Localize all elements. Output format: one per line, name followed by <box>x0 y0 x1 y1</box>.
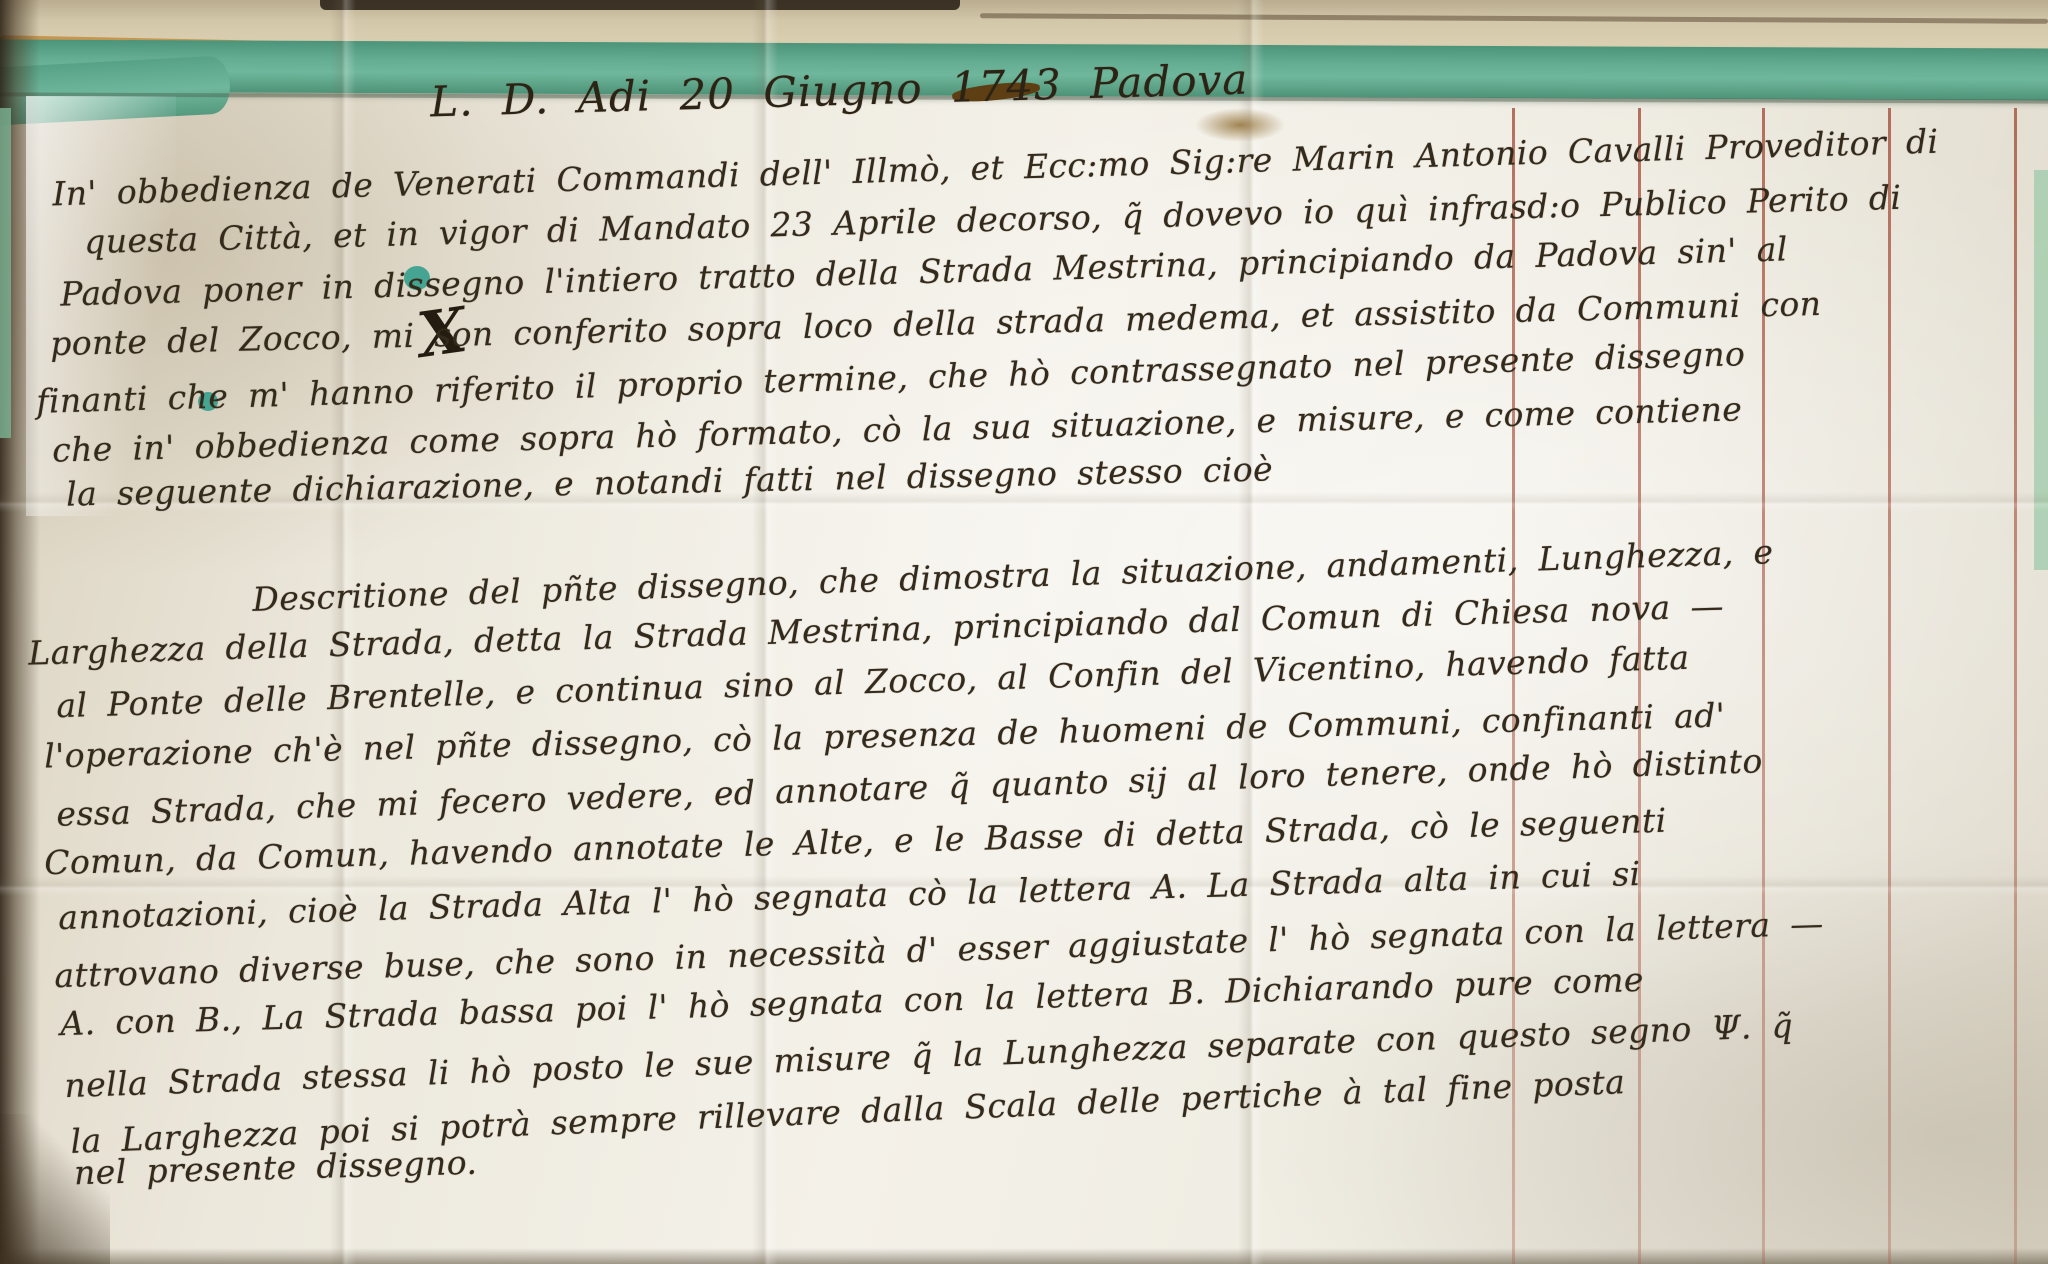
ruled-red-line <box>1888 108 1891 1264</box>
left-green-strip <box>0 108 11 438</box>
ruled-red-line <box>1638 108 1641 1264</box>
brown-ink-smudge <box>1195 108 1285 142</box>
bottom-dark-edge <box>0 1248 2048 1264</box>
top-dark-edge <box>320 0 960 10</box>
manuscript-page: X L. D. Adi 20 Giugno 1743 Padova In' ob… <box>0 0 2048 1264</box>
ruled-red-line <box>2014 108 2017 1264</box>
ruled-red-line <box>1762 108 1765 1264</box>
